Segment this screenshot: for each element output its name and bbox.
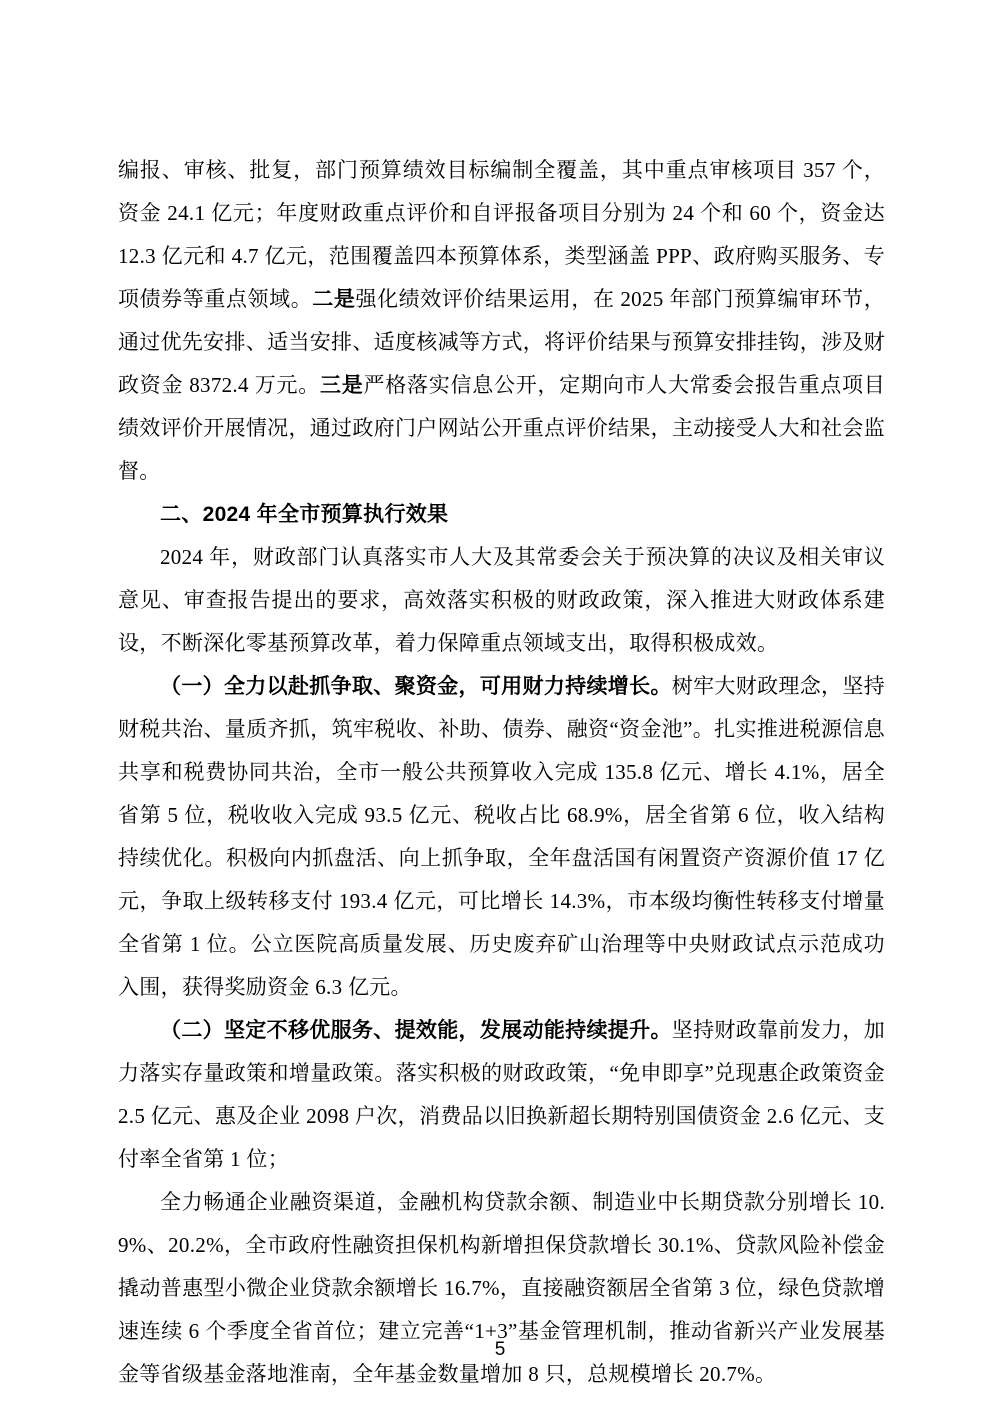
bold-text-run: 三是 bbox=[320, 373, 364, 397]
paragraph-performance-evaluation: 编报、审核、批复，部门预算绩效目标编制全覆盖，其中重点审核项目 357 个，资金… bbox=[118, 149, 885, 493]
bold-text-run: 二是 bbox=[312, 287, 355, 311]
paragraph-item-1-fiscal-strength: （一）全力以赴抓争取、聚资金，可用财力持续增长。树牢大财政理念，坚持财税共治、量… bbox=[118, 665, 885, 1009]
paragraph-item-2-service-efficiency: （二）坚定不移优服务、提效能，发展动能持续提升。坚持财政靠前发力，加力落实存量政… bbox=[118, 1009, 885, 1181]
bold-text-run: （一）全力以赴抓争取、聚资金，可用财力持续增长。 bbox=[160, 674, 672, 698]
paragraph-overview-2024: 2024 年，财政部门认真落实市人大及其常委会关于预决算的决议及相关审议意见、审… bbox=[118, 536, 885, 665]
page-number: 5 bbox=[0, 1338, 1000, 1362]
text-run: 树牢大财政理念，坚持财税共治、量质齐抓，筑牢税收、补助、债券、融资“资金池”。扎… bbox=[118, 674, 885, 999]
bold-text-run: 二、2024 年全市预算执行效果 bbox=[160, 503, 448, 526]
document-page: 编报、审核、批复，部门预算绩效目标编制全覆盖，其中重点审核项目 357 个，资金… bbox=[0, 0, 1000, 1415]
section-heading-budget-execution: 二、2024 年全市预算执行效果 bbox=[118, 493, 885, 536]
document-body: 编报、审核、批复，部门预算绩效目标编制全覆盖，其中重点审核项目 357 个，资金… bbox=[118, 149, 885, 1396]
text-run: 2024 年，财政部门认真落实市人大及其常委会关于预决算的决议及相关审议意见、审… bbox=[118, 545, 885, 655]
bold-text-run: （二）坚定不移优服务、提效能，发展动能持续提升。 bbox=[160, 1018, 672, 1042]
paragraph-enterprise-financing: 全力畅通企业融资渠道，金融机构贷款余额、制造业中长期贷款分别增长 10.9%、2… bbox=[118, 1181, 885, 1396]
